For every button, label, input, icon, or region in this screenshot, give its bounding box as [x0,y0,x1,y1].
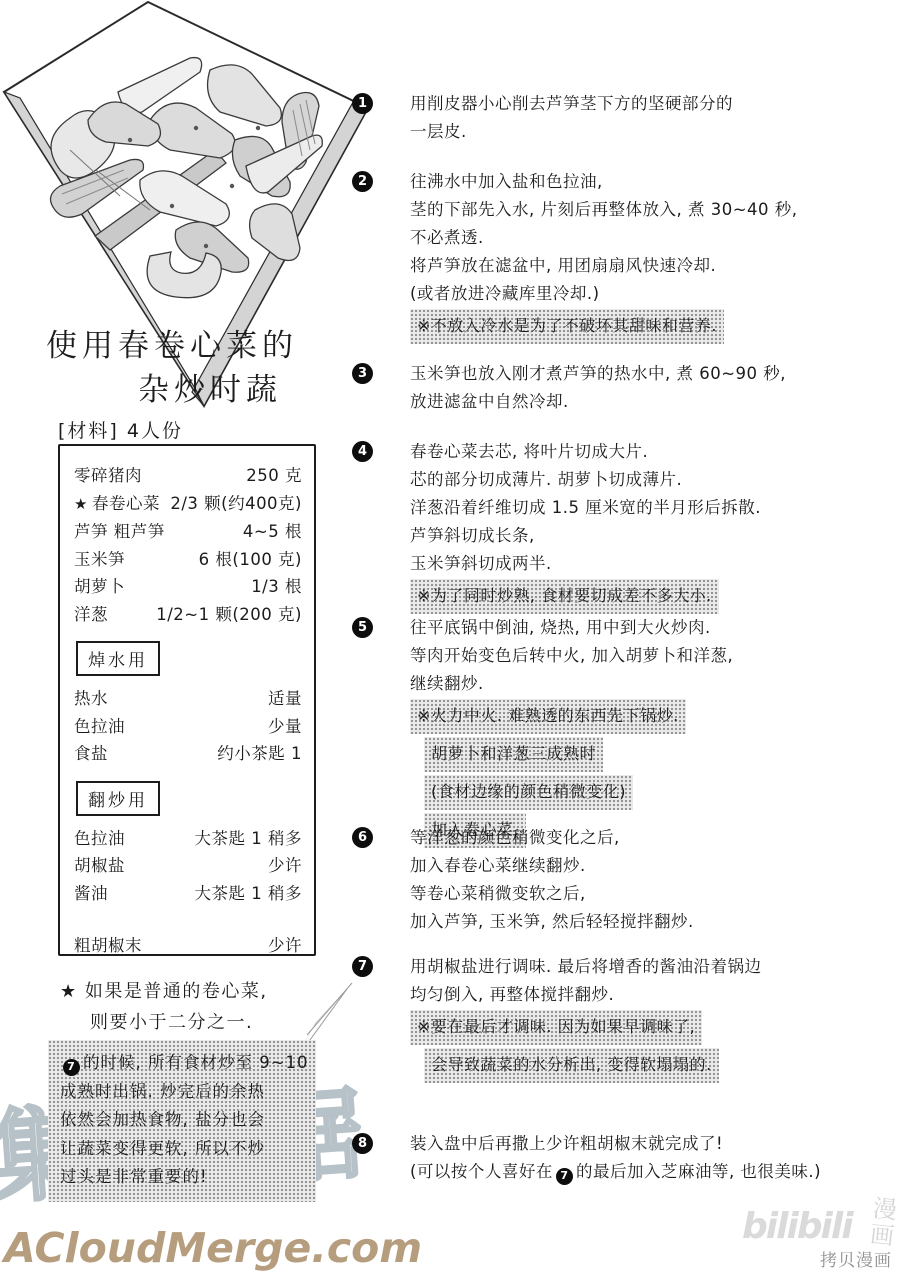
material-name: 胡椒盐 [74,852,125,880]
step-note: 会导致蔬菜的水分析出, 变得软塌塌的. [424,1048,719,1083]
materials-group-label: 翻炒用 [76,781,160,816]
step-number-badge: 3 [352,363,373,384]
step-line: 春卷心菜去芯, 将叶片切成大片. [410,438,761,466]
tip-bubble-line: 7的时候, 所有食材炒至 9~10 [60,1049,310,1078]
step-line: 洋葱沿着纤维切成 1.5 厘米宽的半月形后拆散. [410,494,761,522]
step-note: ※要在最后才调味. 因为如果早调味了, [410,1010,702,1045]
step-line: 芦笋斜切成长条, [410,522,761,550]
step-number-badge: 8 [352,1133,373,1154]
material-row: 芦笋 粗芦笋4~5 根 [74,518,302,546]
step-note: 胡萝卜和洋葱三成熟时 [424,737,603,772]
step-text: 往平底锅中倒油, 烧热, 用中到大火炒肉.等肉开始变色后转中火, 加入胡萝卜和洋… [410,614,733,850]
material-amount: 大茶匙 1 稍多 [195,825,303,853]
step-note: ※不放入冷水是为了不破坏其甜味和营养. [410,309,724,344]
step-text: 用胡椒盐进行调味. 最后将增香的酱油沿着锅边均匀倒入, 再整体搅拌翻炒.※要在最… [410,953,762,1085]
materials-group-label: 焯水用 [76,641,160,676]
step-line: (或者放进冷藏库里冷却.) [410,280,798,308]
material-name: 胡萝卜 [74,573,125,601]
material-name: 芦笋 粗芦笋 [74,518,165,546]
star-icon: ★ [74,495,88,513]
step-line: 加入芦笋, 玉米笋, 然后轻轻搅拌翻炒. [410,908,694,936]
manga-recipe-page: 使用春卷心菜的 杂炒时蔬 [材料] 4人份 零碎猪肉250 克★春卷心菜2/3 … [0,0,900,1275]
cabbage-footnote: ★ 如果是普通的卷心菜, 则要小于二分之一. [60,976,268,1038]
material-name: 洋葱 [74,601,108,629]
bilibili-manga-label: 漫画 [861,1194,900,1249]
step-number-badge: 2 [352,171,373,192]
material-row: 色拉油大茶匙 1 稍多 [74,825,302,853]
material-row: 洋葱1/2~1 颗(200 克) [74,601,302,629]
material-amount: 2/3 颗(约400克) [170,490,302,518]
step-text: 用削皮器小心削去芦笋茎下方的坚硬部分的一层皮. [410,90,733,146]
materials-box: 零碎猪肉250 克★春卷心菜2/3 颗(约400克)芦笋 粗芦笋4~5 根玉米笋… [58,444,316,956]
material-name: 玉米笋 [74,546,125,574]
material-amount: 约小茶匙 1 [217,740,302,768]
material-row: 胡萝卜1/3 根 [74,573,302,601]
step-text: 往沸水中加入盐和色拉油,茎的下部先入水, 片刻后再整体放入, 煮 30~40 秒… [410,168,798,346]
step-line: 等卷心菜稍微变软之后, [410,880,694,908]
step-line: 等洋葱的颜色稍微变化之后, [410,824,694,852]
material-amount: 4~5 根 [243,518,302,546]
material-name: 酱油 [74,880,108,908]
inline-step-7-badge: 7 [63,1059,80,1076]
step-line: 放进滤盆中自然冷却. [410,388,786,416]
step-line: 等肉开始变色后转中火, 加入胡萝卜和洋葱, [410,642,733,670]
tip-bubble-line: 成熟时出锅. 炒完后的余热 [60,1078,310,1107]
step-line: 玉米笋也放入刚才煮芦笋的热水中, 煮 60~90 秒, [410,360,786,388]
tip-bubble-line: 依然会加热食物, 盐分也会 [60,1106,310,1135]
step-note: (食材边缘的颜色稍微变化) [424,775,633,810]
material-name: 零碎猪肉 [74,462,142,490]
material-name: 色拉油 [74,825,125,853]
step-line: 继续翻炒. [410,670,733,698]
step-number-badge: 4 [352,441,373,462]
step-number-badge: 5 [352,617,373,638]
material-name: 粗胡椒末 [74,932,142,960]
tip-bubble-line: 过头是非常重要的! [60,1163,310,1192]
material-row: 玉米笋6 根(100 克) [74,546,302,574]
step-8: 8装入盘中后再撒上少许粗胡椒末就完成了!(可以按个人喜好在7的最后加入芝麻油等,… [352,1130,821,1186]
step-7: 7用胡椒盐进行调味. 最后将增香的酱油沿着锅边均匀倒入, 再整体搅拌翻炒.※要在… [352,953,762,1085]
material-row: 粗胡椒末少许 [74,932,302,960]
step-6: 6等洋葱的颜色稍微变化之后,加入春卷心菜继续翻炒.等卷心菜稍微变软之后,加入芦笋… [352,824,694,936]
material-amount: 少量 [268,713,302,741]
cabbage-footnote-line2: 则要小于二分之一. [90,1007,268,1038]
step-line: 茎的下部先入水, 片刻后再整体放入, 煮 30~40 秒, [410,196,798,224]
bilibili-logo: bilibili [742,1206,852,1247]
material-name: 热水 [74,685,108,713]
step-text: 春卷心菜去芯, 将叶片切成大片.芯的部分切成薄片. 胡萝卜切成薄片.洋葱沿着纤维… [410,438,761,616]
tip-bubble: 7的时候, 所有食材炒至 9~10成熟时出锅. 炒完后的余热依然会加热食物, 盐… [48,1040,316,1202]
step-line: 用削皮器小心削去芦笋茎下方的坚硬部分的 [410,90,733,118]
material-row: ★春卷心菜2/3 颗(约400克) [74,490,302,519]
step-2: 2往沸水中加入盐和色拉油,茎的下部先入水, 片刻后再整体放入, 煮 30~40 … [352,168,798,346]
material-name: ★春卷心菜 [74,490,160,519]
material-row: 胡椒盐少许 [74,852,302,880]
material-row: 食盐约小茶匙 1 [74,740,302,768]
material-row: 零碎猪肉250 克 [74,462,302,490]
material-amount: 250 克 [246,462,302,490]
step-line: 芯的部分切成薄片. 胡萝卜切成薄片. [410,466,761,494]
material-amount: 6 根(100 克) [199,546,302,574]
step-line: 玉米笋斜切成两半. [410,550,761,578]
material-row: 酱油大茶匙 1 稍多 [74,880,302,908]
step-text: 等洋葱的颜色稍微变化之后,加入春卷心菜继续翻炒.等卷心菜稍微变软之后,加入芦笋,… [410,824,694,936]
watermark-site-url: ACloudMerge.com [4,1224,422,1272]
step-line: 一层皮. [410,118,733,146]
tip-bubble-line: 让蔬菜变得更软, 所以不炒 [60,1135,310,1164]
step-4: 4春卷心菜去芯, 将叶片切成大片.芯的部分切成薄片. 胡萝卜切成薄片.洋葱沿着纤… [352,438,761,616]
material-amount: 少许 [268,852,302,880]
step-line: 装入盘中后再撒上少许粗胡椒末就完成了! [410,1130,821,1158]
recipe-title-line2: 杂炒时蔬 [138,368,298,412]
step-line: 用胡椒盐进行调味. 最后将增香的酱油沿着锅边 [410,953,762,981]
step-1: 1用削皮器小心削去芦笋茎下方的坚硬部分的一层皮. [352,90,733,146]
step-line: 加入春卷心菜继续翻炒. [410,852,694,880]
recipe-title-line1: 使用春卷心菜的 [46,324,298,368]
material-amount: 大茶匙 1 稍多 [195,880,303,908]
step-text: 玉米笋也放入刚才煮芦笋的热水中, 煮 60~90 秒,放进滤盆中自然冷却. [410,360,786,416]
material-amount: 1/3 根 [251,573,302,601]
materials-header: [材料] 4人份 [58,416,183,443]
step-3: 3玉米笋也放入刚才煮芦笋的热水中, 煮 60~90 秒,放进滤盆中自然冷却. [352,360,786,416]
step-number-badge: 7 [352,956,373,977]
material-name: 食盐 [74,740,108,768]
step-note: ※为了同时炒熟, 食材要切成差不多大小. [410,579,719,614]
step-line: 往沸水中加入盐和色拉油, [410,168,798,196]
material-name: 色拉油 [74,713,125,741]
step-5: 5往平底锅中倒油, 烧热, 用中到大火炒肉.等肉开始变色后转中火, 加入胡萝卜和… [352,614,733,850]
step-note: ※火力中火. 难熟透的东西先下锅炒. [410,699,686,734]
cabbage-footnote-line1: ★ 如果是普通的卷心菜, [60,976,268,1007]
material-amount: 适量 [268,685,302,713]
step-number-badge: 6 [352,827,373,848]
inline-step-7-badge: 7 [556,1168,573,1185]
step-line: 往平底锅中倒油, 烧热, 用中到大火炒肉. [410,614,733,642]
step-line: 将芦笋放在滤盆中, 用团扇扇风快速冷却. [410,252,798,280]
material-row: 热水适量 [74,685,302,713]
step-line: (可以按个人喜好在7的最后加入芝麻油等, 也很美味.) [410,1158,821,1186]
recipe-title: 使用春卷心菜的 杂炒时蔬 [46,324,298,412]
step-text: 装入盘中后再撒上少许粗胡椒末就完成了!(可以按个人喜好在7的最后加入芝麻油等, … [410,1130,821,1186]
step-line: 不必煮透. [410,224,798,252]
material-row: 色拉油少量 [74,713,302,741]
step-number-badge: 1 [352,93,373,114]
copy-manga-label: 拷贝漫画 [820,1246,892,1271]
material-amount: 1/2~1 颗(200 克) [156,601,302,629]
step-line: 均匀倒入, 再整体搅拌翻炒. [410,981,762,1009]
material-amount: 少许 [268,932,302,960]
